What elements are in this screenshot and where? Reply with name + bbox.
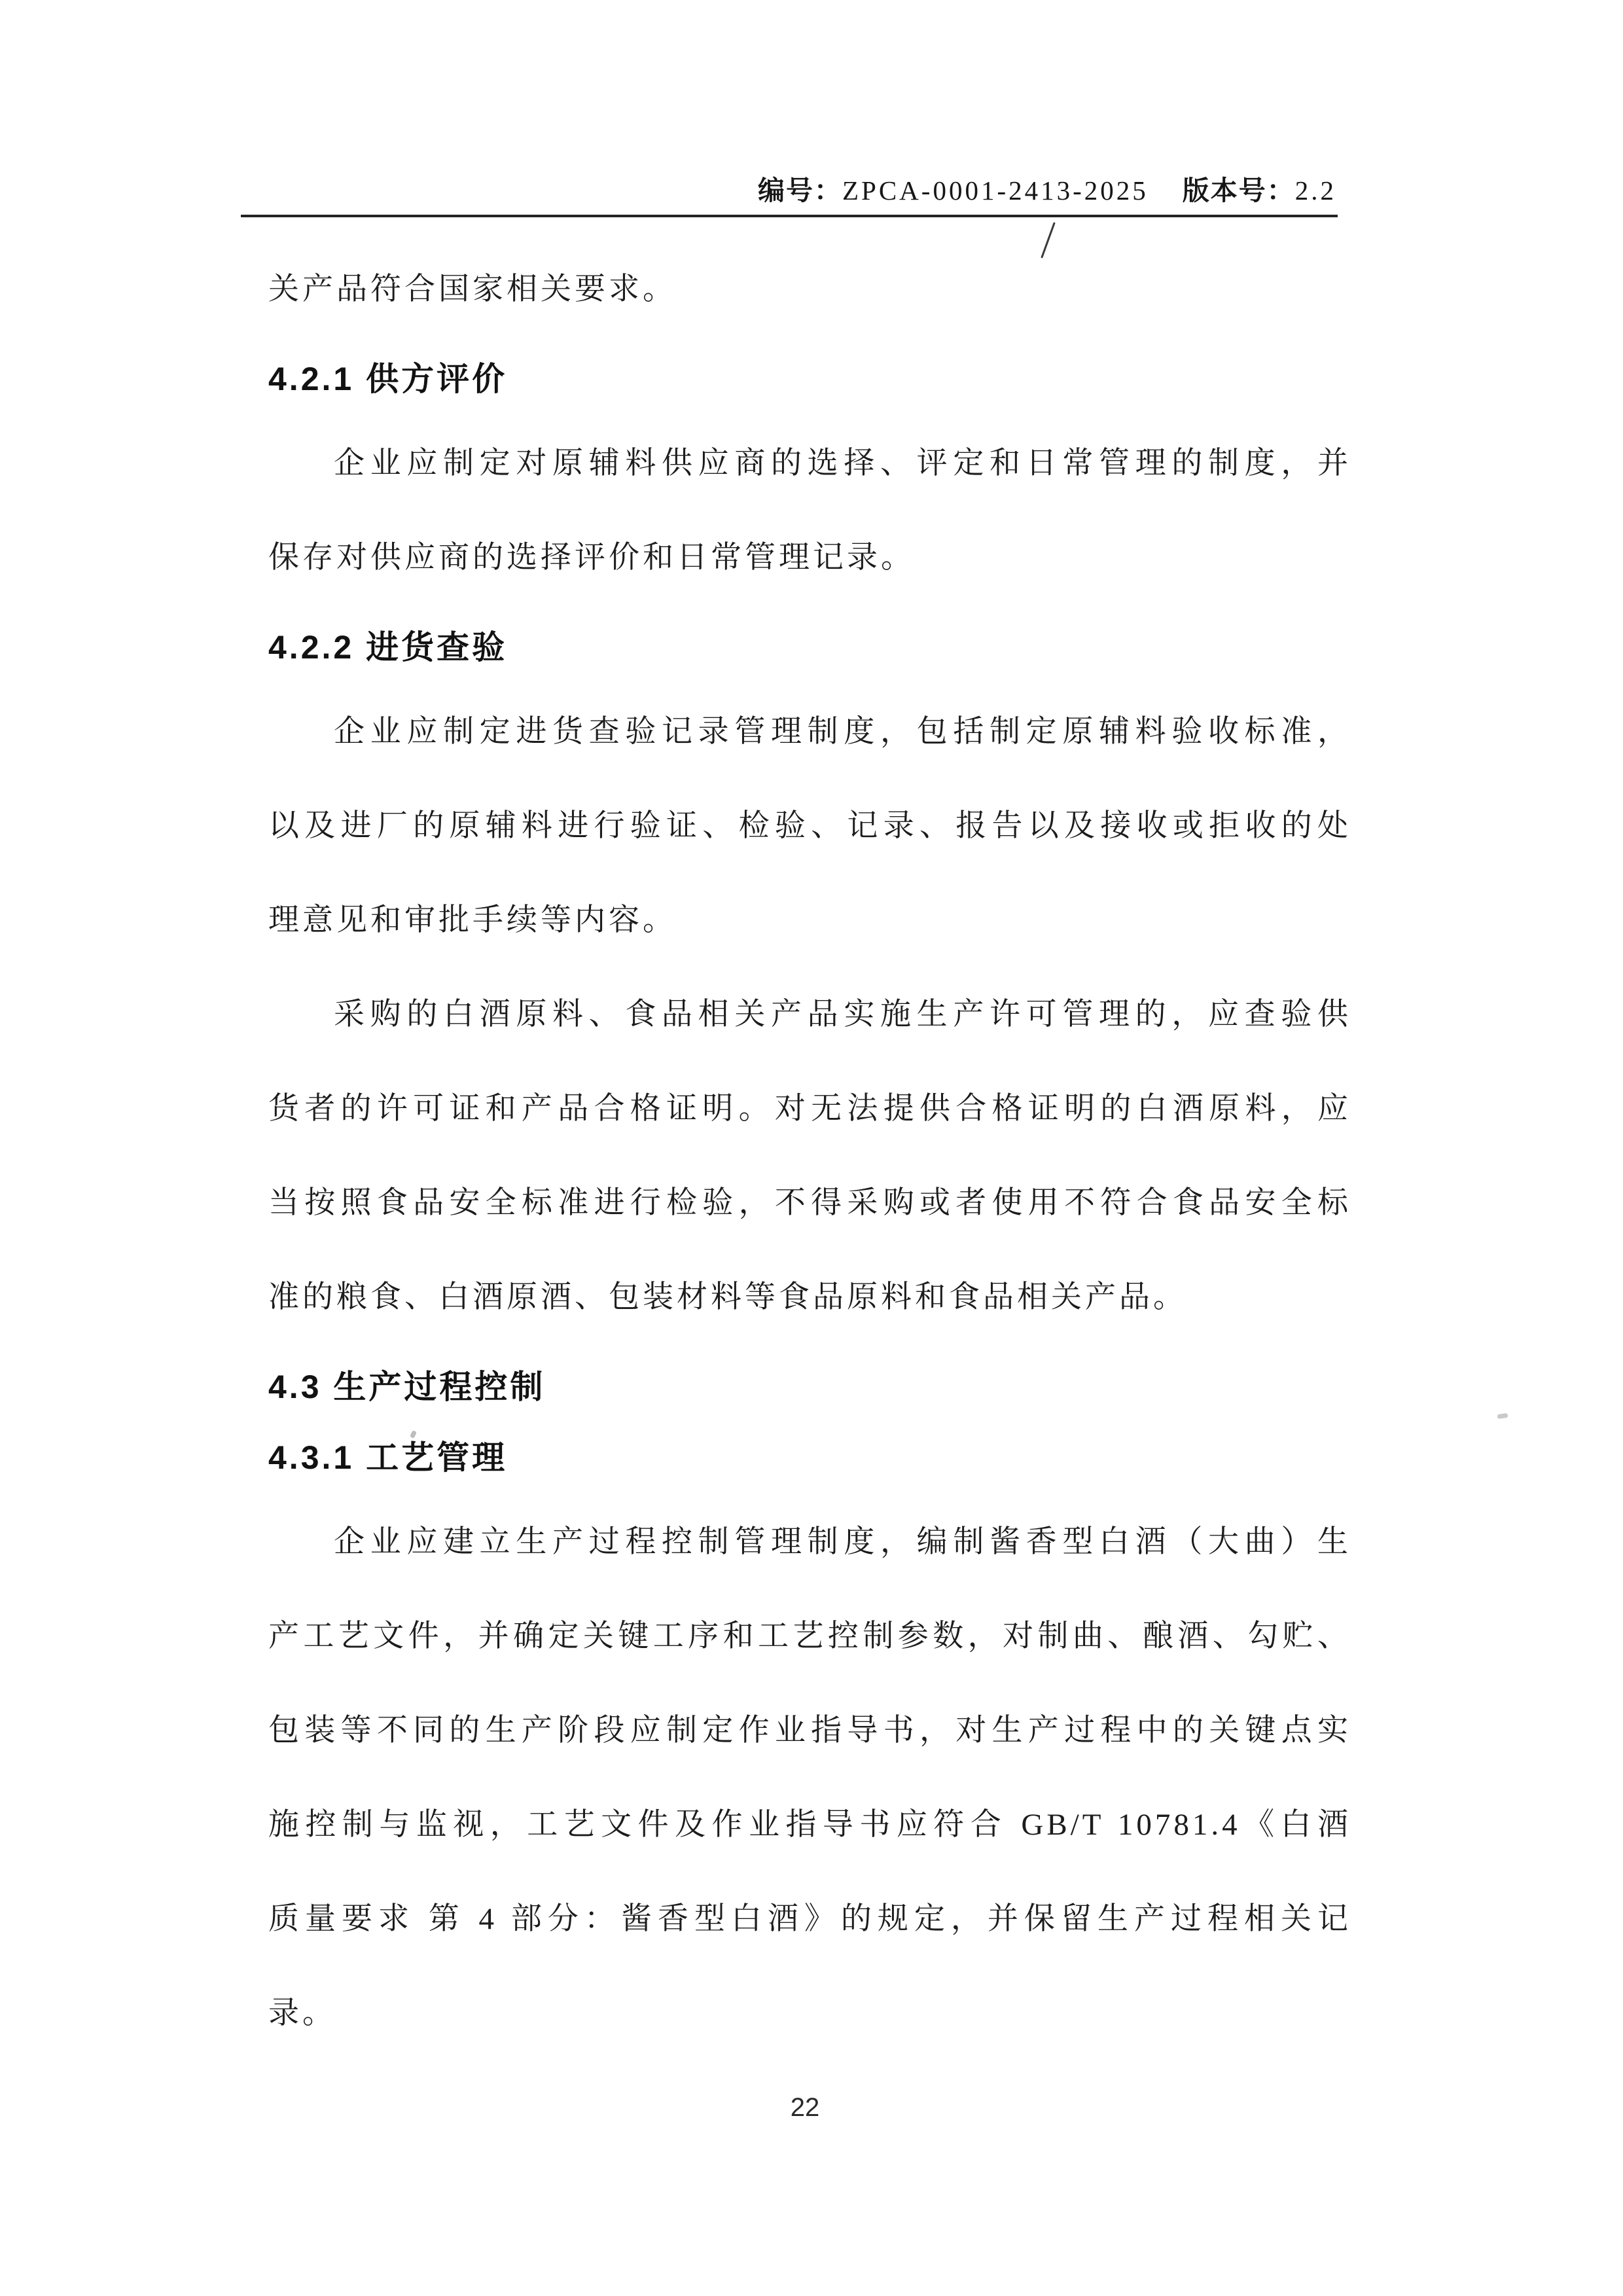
body-line: 产工艺文件，并确定关键工序和工艺控制参数，对制曲、酿酒、勾贮、 — [268, 1589, 1351, 1683]
body-line: 企业应建立生产过程控制管理制度，编制酱香型白酒（大曲）生 — [268, 1495, 1351, 1589]
body-line: 当按照食品安全标准进行检验，不得采购或者使用不符合食品安全标 — [268, 1156, 1351, 1250]
body-line: 准的粮食、白酒原酒、包装材料等食品原料和食品相关产品。 — [268, 1250, 1351, 1344]
section-heading-4-2-1: 4.2.1 供方评价 — [268, 351, 1351, 407]
body-line: 理意见和审批手续等内容。 — [268, 873, 1351, 967]
body-line: 企业应制定进货查验记录管理制度，包括制定原辅料验收标准， — [268, 685, 1351, 779]
body-line: 以及进厂的原辅料进行验证、检验、记录、报告以及接收或拒收的处 — [268, 779, 1351, 873]
body-line: 保存对供应商的选择评价和日常管理记录。 — [268, 511, 1351, 605]
body-line: 采购的白酒原料、食品相关产品实施生产许可管理的，应查验供 — [268, 967, 1351, 1062]
document-body: 关产品符合国家相关要求。 4.2.1 供方评价 企业应制定对原辅料供应商的选择、… — [268, 242, 1351, 2060]
section-heading-4-3: 4.3 生产过程控制 — [268, 1359, 1351, 1415]
scanned-document-page: 编号：ZPCA-0001-2413-2025版本号：2.2 关产品符合国家相关要… — [0, 0, 1623, 2296]
body-line: 企业应制定对原辅料供应商的选择、评定和日常管理的制度，并 — [268, 416, 1351, 511]
body-line: 关产品符合国家相关要求。 — [268, 242, 1351, 336]
version-label: 版本号： — [1183, 175, 1295, 206]
doc-number-label: 编号： — [758, 175, 842, 206]
body-line: 录。 — [268, 1966, 1351, 2060]
scan-artifact — [1497, 1413, 1508, 1419]
version-value: 2.2 — [1295, 175, 1336, 206]
body-line: 质量要求 第 4 部分：酱香型白酒》的规定，并保留生产过程相关记 — [268, 1872, 1351, 1966]
section-heading-4-3-1: 4.3.1 工艺管理 — [268, 1429, 1351, 1486]
page-header: 编号：ZPCA-0001-2413-2025版本号：2.2 — [0, 169, 1336, 207]
body-line: 施控制与监视，工艺文件及作业指导书应符合 GB/T 10781.4《白酒 — [268, 1778, 1351, 1872]
body-line: 货者的许可证和产品合格证明。对无法提供合格证明的白酒原料，应 — [268, 1062, 1351, 1156]
header-rule — [241, 215, 1338, 217]
doc-number-value: ZPCA-0001-2413-2025 — [842, 175, 1149, 206]
page-number: 22 — [0, 2093, 1610, 2123]
section-heading-4-2-2: 4.2.2 进货查验 — [268, 619, 1351, 675]
body-line: 包装等不同的生产阶段应制定作业指导书，对生产过程中的关键点实 — [268, 1683, 1351, 1778]
